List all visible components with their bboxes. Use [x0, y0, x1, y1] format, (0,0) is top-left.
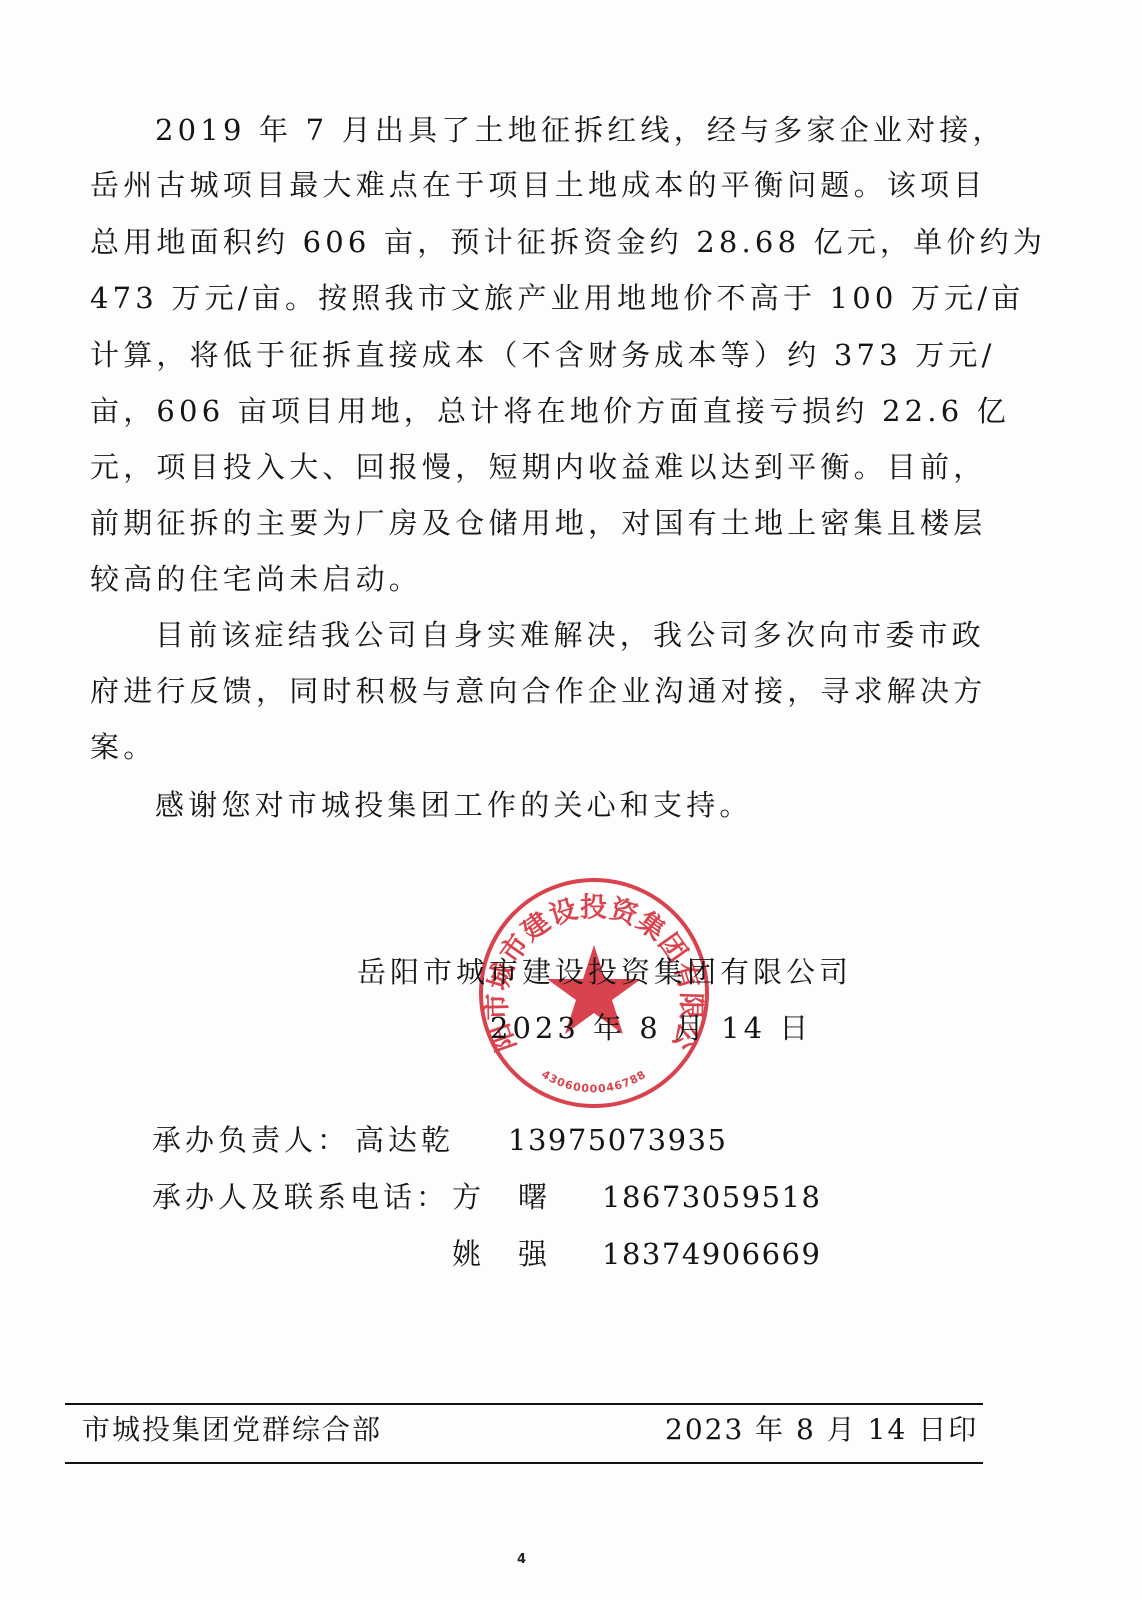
footer-bottom-rule	[65, 1462, 983, 1464]
signature-date: 2023 年 8 月 14 日	[490, 1008, 812, 1048]
responsible-phone: 13975073935	[508, 1120, 727, 1160]
body-line: 2019 年 7 月出具了土地征拆红线，经与多家企业对接，	[155, 110, 1006, 150]
footer-department: 市城投集团党群综合部	[82, 1410, 382, 1450]
document-page: 2019 年 7 月出具了土地征拆红线，经与多家企业对接， 岳州古城项目最大难点…	[0, 0, 1142, 1600]
body-line: 较高的住宅尚未启动。	[90, 559, 422, 599]
handler-phone: 18374906669	[602, 1234, 821, 1274]
handler-name: 方 曙	[452, 1177, 551, 1217]
footer-top-rule	[65, 1403, 983, 1405]
handler-label: 承办人及联系电话：	[152, 1177, 449, 1217]
body-line: 岳州古城项目最大难点在于项目土地成本的平衡问题。该项目	[90, 165, 986, 205]
body-line: 目前该症结我公司自身实难解决，我公司多次向市委市政	[155, 615, 985, 655]
body-line: 亩，606 亩项目用地，总计将在地价方面直接亏损约 22.6 亿	[90, 391, 1010, 431]
body-line: 计算，将低于征拆直接成本（不含财务成本等）约 373 万元/	[90, 335, 996, 375]
body-line: 总用地面积约 606 亩，预计征拆资金约 28.68 亿元，单价约为	[90, 222, 1046, 262]
official-seal-icon: 岳阳市城市建设投资集团有限公司 4306000046788	[476, 875, 712, 1111]
responsible-label: 承办负责人：	[152, 1120, 350, 1160]
handler-phone: 18673059518	[602, 1177, 821, 1217]
page-number: 4	[517, 1552, 526, 1567]
responsible-name: 高达乾	[355, 1120, 454, 1160]
body-line: 案。	[90, 727, 156, 767]
svg-text:4306000046788: 4306000046788	[539, 1068, 648, 1096]
body-line: 府进行反馈，同时积极与意向合作企业沟通对接，寻求解决方	[90, 671, 986, 711]
signature-organization: 岳阳市城市建设投资集团有限公司	[357, 952, 852, 992]
footer-print-date: 2023 年 8 月 14 日印	[665, 1410, 978, 1450]
body-line: 元，项目投入大、回报慢，短期内收益难以达到平衡。目前，	[90, 447, 986, 487]
closing-line: 感谢您对市城投集团工作的关心和支持。	[155, 785, 753, 825]
body-line: 473 万元/亩。按照我市文旅产业用地地价不高于 100 万元/亩	[90, 278, 1025, 318]
body-line: 前期征拆的主要为厂房及仓储用地，对国有土地上密集且楼层	[90, 503, 986, 543]
handler-name: 姚 强	[452, 1234, 551, 1274]
